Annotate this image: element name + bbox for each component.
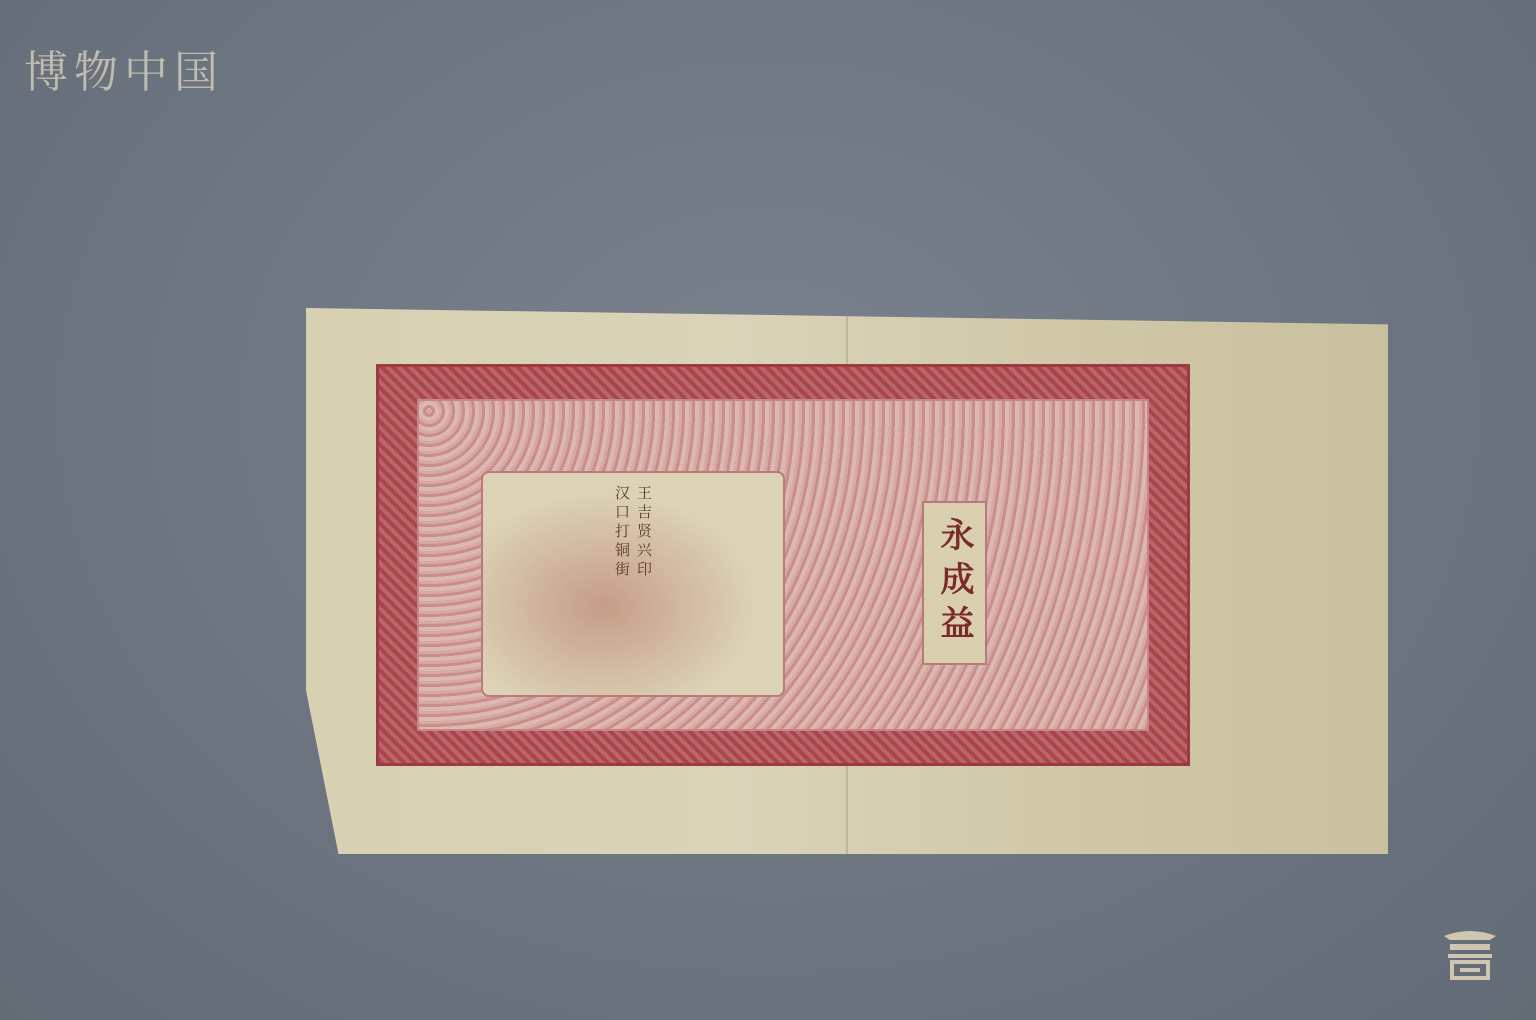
watermark: 博物中国 [24,36,224,100]
ornamental-border: 汉口打铜街 王吉贤兴印 永成益 [376,364,1190,766]
printer-text-line: 王吉贤兴印 [634,485,655,580]
note-title: 永成益 [922,501,987,665]
printer-text-line: 汉口打铜街 [612,485,633,580]
coin-pattern-field: 汉口打铜街 王吉贤兴印 永成益 [417,399,1149,731]
banknote: 汉口打铜街 王吉贤兴印 永成益 [306,308,1388,854]
landscape-vignette: 汉口打铜街 王吉贤兴印 [481,471,785,697]
pavilion-logo-icon [1440,922,1500,982]
